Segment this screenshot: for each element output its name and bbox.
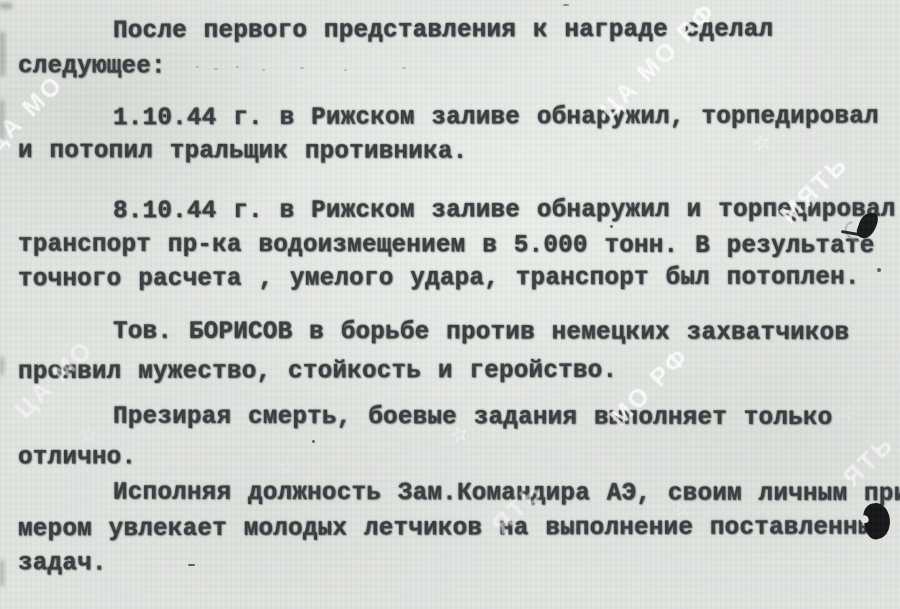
paper-speck [610,225,613,228]
text-line: и потопил тральщик противника. [18,137,467,166]
scanned-document-page: После первого представления к награде сд… [0,0,900,609]
paper-speck [877,268,881,272]
text-line: 1.10.44 г. в Рижском заливе обнаружил, т… [113,103,879,133]
text-line: транспорт пр-ка водоизмещением в 5.000 т… [18,231,875,261]
star-watermark-icon: ☆ [278,452,296,482]
text-line: задач. [18,549,107,577]
text-line: 8.10.44 г. в Рижском заливе обнаружил и … [113,196,896,226]
star-watermark-icon: ☆ [834,396,860,430]
text-line: После первого представления к награде сд… [113,16,773,45]
text-line: Исполняя должность Зам.Командира АЭ, сво… [113,479,900,508]
paper-speck [188,564,195,566]
text-line: проявил мужество, стойкость и геройство. [18,357,617,386]
ink-blot-body [855,210,880,241]
ink-blot [843,208,887,252]
star-watermark-icon: ☆ [750,126,774,159]
text-line: Тов. БОРИСОВ в борьбе против немецких за… [113,318,849,347]
text-line: точного расчета , умелого удара, транспо… [18,264,860,294]
paper-speck [312,440,315,443]
star-watermark-icon: ☆ [505,136,530,169]
paper-speck [563,4,569,6]
text-line: отлично. [18,443,136,471]
text-line: мером увлекает молодых летчиков на выпол… [18,514,887,544]
text-line: Презирая смерть, боевые задания выполняе… [113,403,833,432]
text-line: следующее: [18,52,166,80]
